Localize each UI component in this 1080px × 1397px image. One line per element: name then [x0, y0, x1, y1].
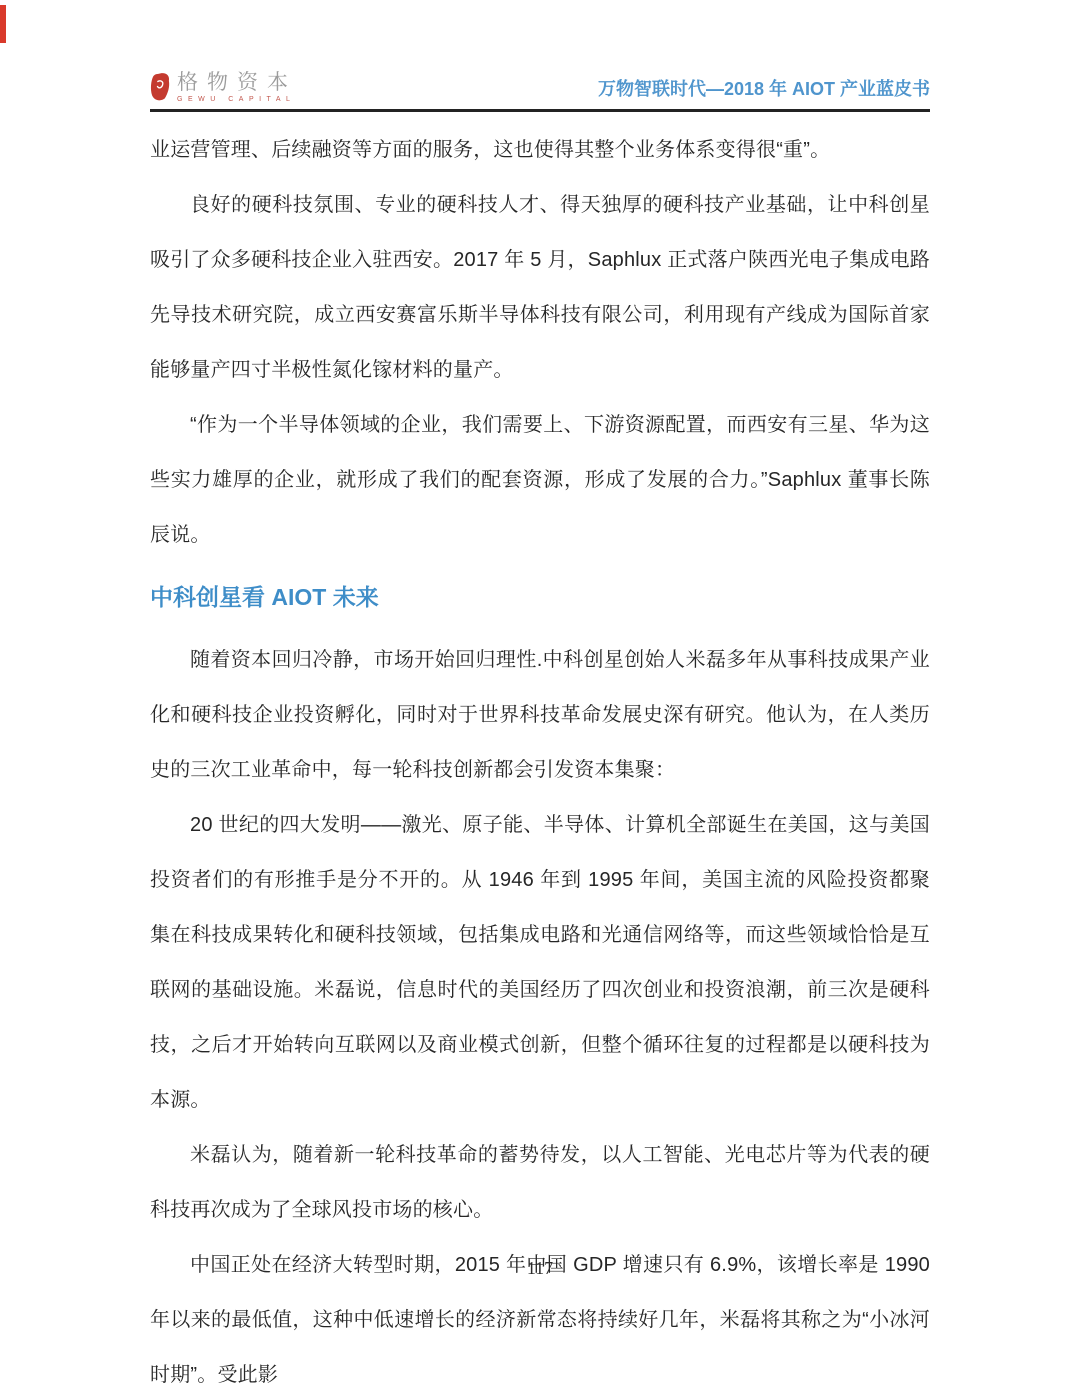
body-paragraph: 米磊认为，随着新一轮科技革命的蓄势待发，以人工智能、光电芯片等为代表的硬科技再次… — [150, 1128, 930, 1238]
logo-text: 格物资本 GEWU CAPITAL — [177, 72, 297, 103]
body-paragraph: 20 世纪的四大发明——激光、原子能、半导体、计算机全部诞生在美国，这与美国投资… — [150, 798, 930, 1128]
page-body: 业运营管理、后续融资等方面的服务，这也使得其整个业务体系变得很“重”。 良好的硬… — [150, 123, 930, 1397]
document-page: 格物资本 GEWU CAPITAL 万物智联时代—2018 年 AIOT 产业蓝… — [0, 0, 1080, 1397]
body-paragraph: 良好的硬科技氛围、专业的硬科技人才、得天独厚的硬科技产业基础，让中科创星吸引了众… — [150, 178, 930, 398]
seal-icon — [150, 72, 171, 102]
page-corner-mark — [0, 5, 6, 43]
gewu-capital-logo: 格物资本 GEWU CAPITAL — [150, 72, 297, 103]
document-title: 万物智联时代—2018 年 AIOT 产业蓝皮书 — [598, 75, 930, 103]
page-number: 117 — [0, 1258, 1080, 1279]
logo-subtitle: GEWU CAPITAL — [177, 96, 297, 103]
logo-name: 格物资本 — [177, 72, 297, 93]
body-paragraph: 随着资本回归冷静，市场开始回归理性.中科创星创始人米磊多年从事科技成果产业化和硬… — [150, 633, 930, 798]
body-paragraph: 业运营管理、后续融资等方面的服务，这也使得其整个业务体系变得很“重”。 — [150, 123, 930, 178]
page-header: 格物资本 GEWU CAPITAL 万物智联时代—2018 年 AIOT 产业蓝… — [150, 72, 930, 112]
section-heading: 中科创星看 AIOT 未来 — [150, 581, 930, 613]
body-paragraph: “作为一个半导体领域的企业，我们需要上、下游资源配置，而西安有三星、华为这些实力… — [150, 398, 930, 563]
